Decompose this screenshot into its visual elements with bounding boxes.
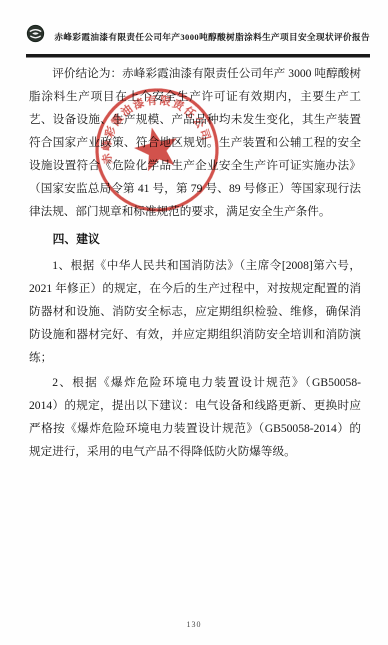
section-heading-suggestions: 四、建议 — [29, 228, 361, 251]
company-logo-icon — [26, 24, 45, 43]
document-page: 赤峰彩霞油漆有限责任公司年产3000吨醇酸树脂涂料生产项目安全现状评价报告 评价… — [0, 0, 388, 645]
page-footer: 130 — [0, 620, 388, 629]
document-body: 评价结论为：赤峰彩霞油漆有限责任公司年产 3000 吨醇酸树脂涂料生产项目在上个… — [29, 62, 361, 465]
evaluation-conclusion-paragraph: 评价结论为：赤峰彩霞油漆有限责任公司年产 3000 吨醇酸树脂涂料生产项目在上个… — [29, 62, 361, 223]
page-number: 130 — [187, 620, 202, 629]
suggestion-item-2: 2、根据《爆炸危险环境电力装置设计规范》（GB50058-2014）的规定，提出… — [29, 371, 361, 463]
header-divider-rule — [26, 54, 370, 58]
header-report-title: 赤峰彩霞油漆有限责任公司年产3000吨醇酸树脂涂料生产项目安全现状评价报告 — [53, 31, 370, 43]
page-header: 赤峰彩霞油漆有限责任公司年产3000吨醇酸树脂涂料生产项目安全现状评价报告 — [26, 24, 370, 43]
suggestion-item-1: 1、根据《中华人民共和国消防法》（主席令[2008]第六号，2021 年修正）的… — [29, 254, 361, 369]
